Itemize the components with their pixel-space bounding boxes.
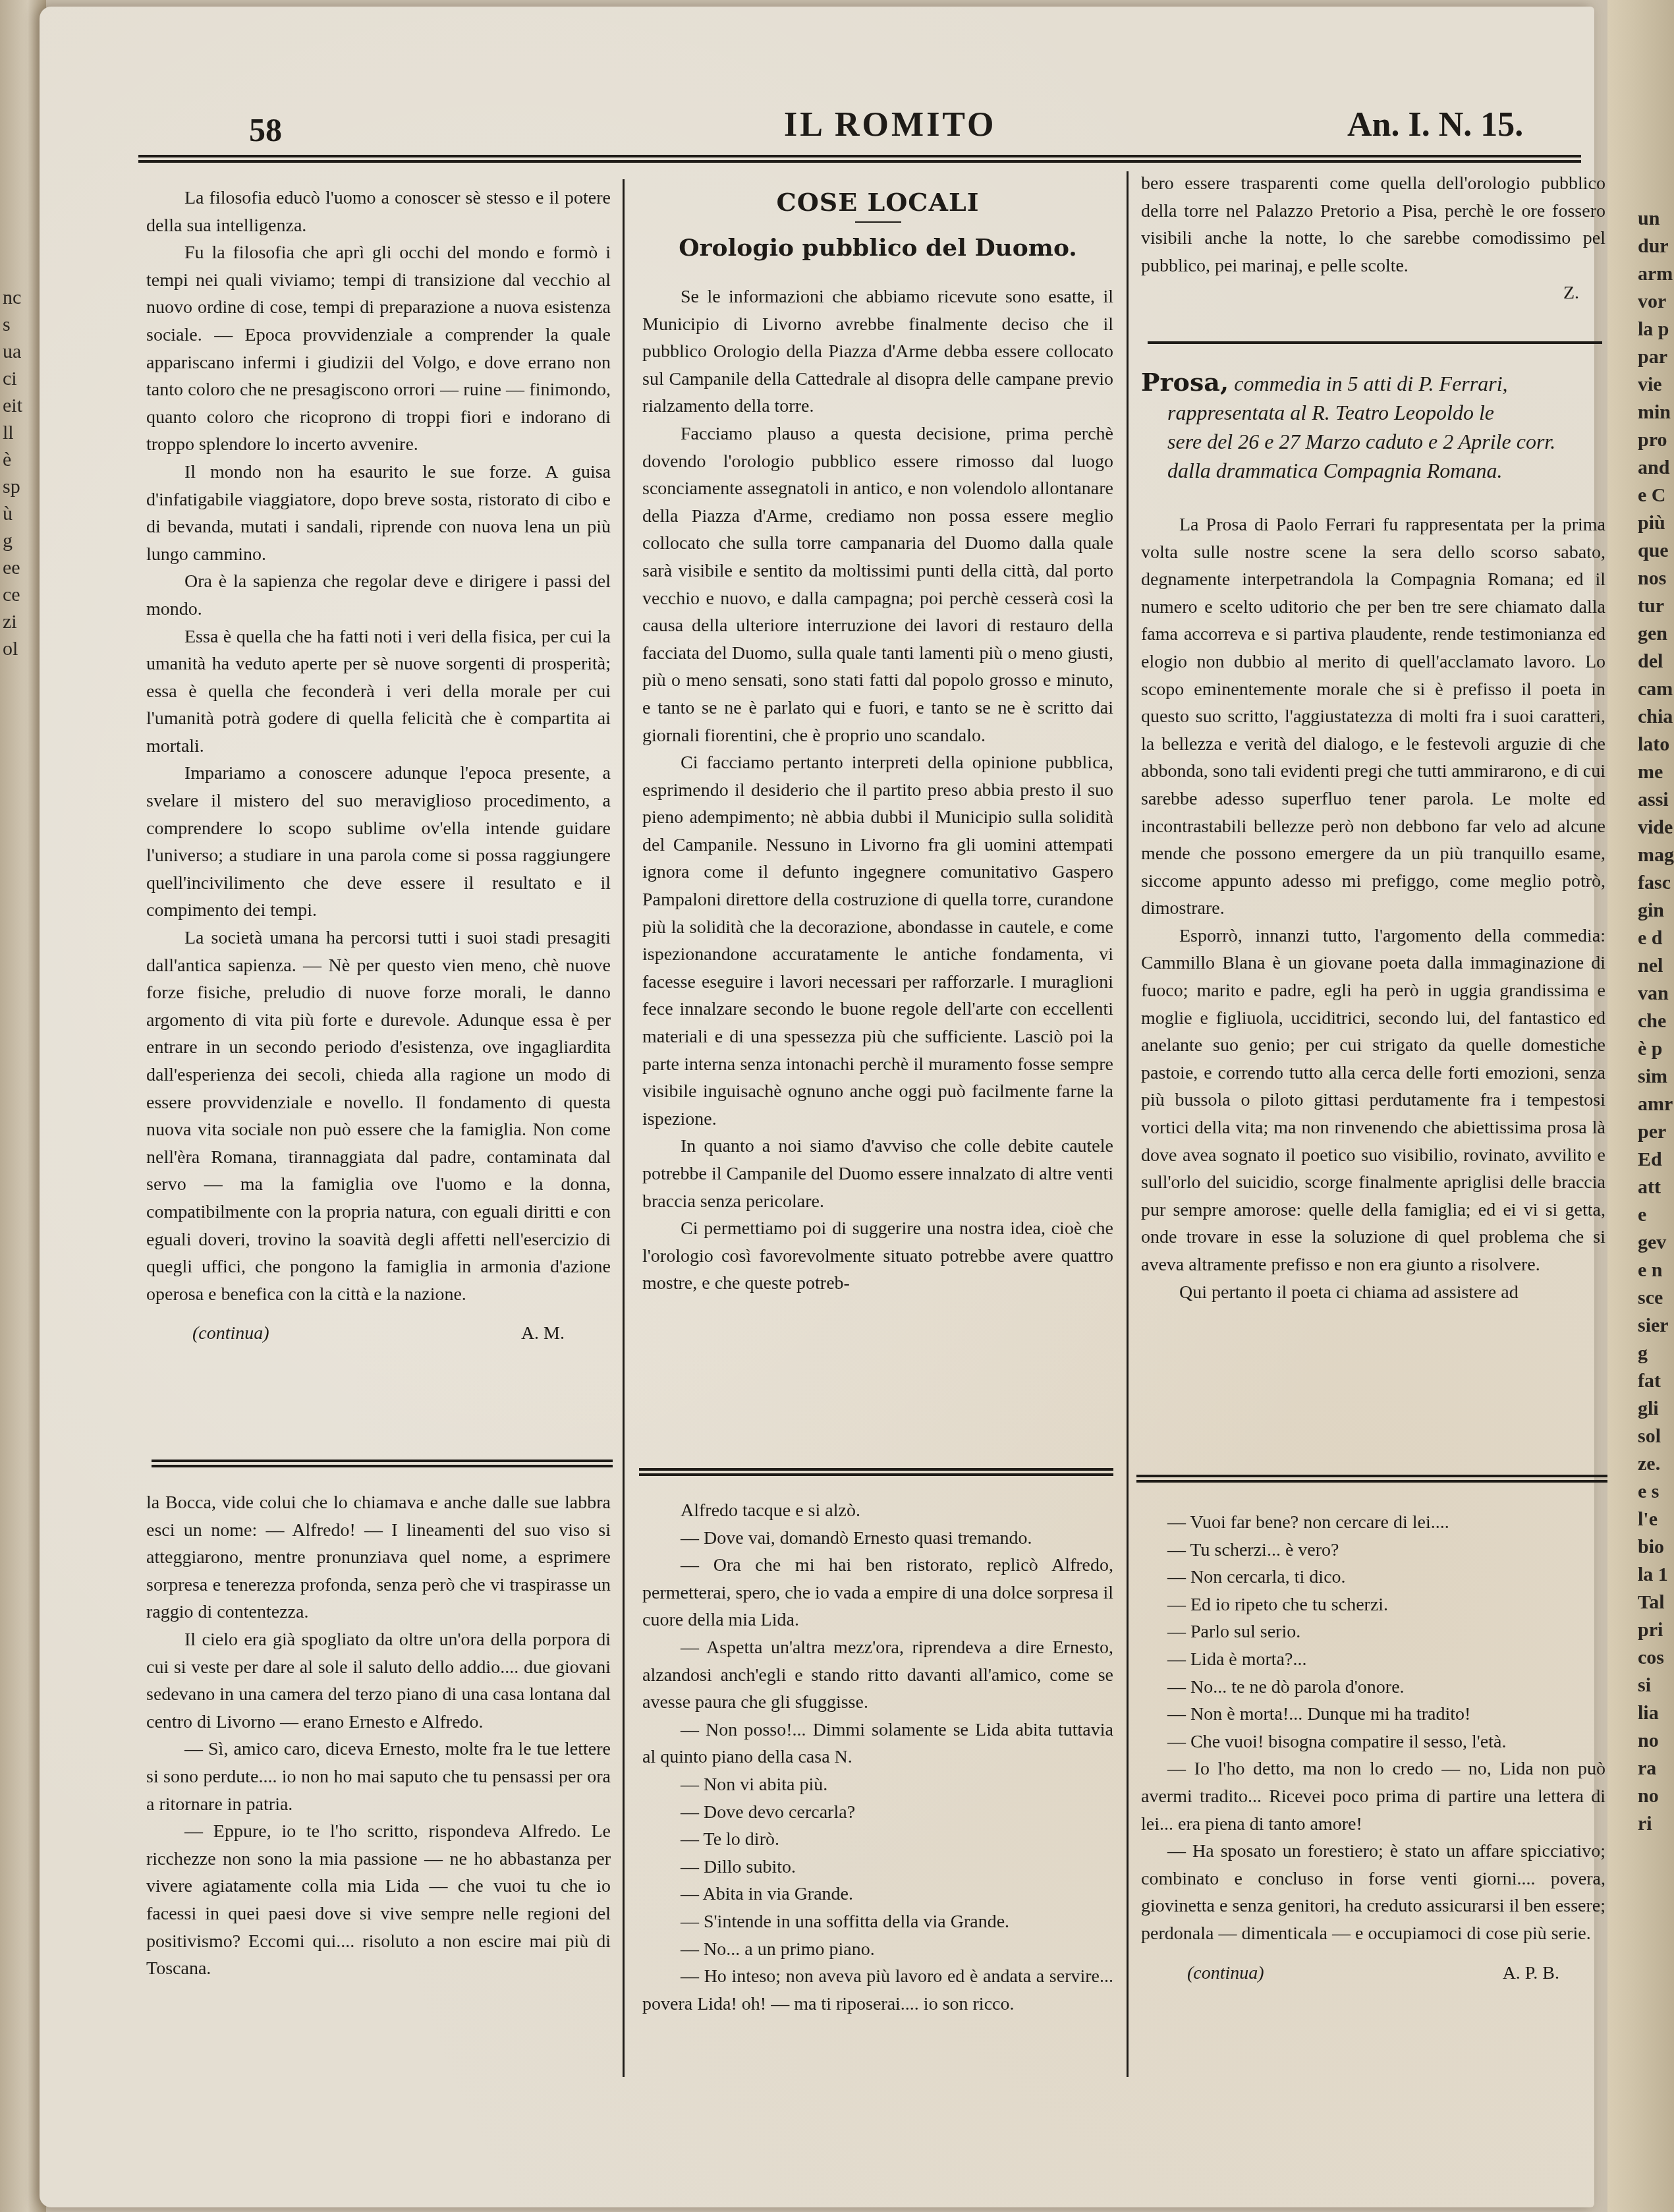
edge-text-fragment: sol xyxy=(1638,1422,1661,1451)
edge-text-fragment: per xyxy=(1638,1118,1666,1147)
paragraph: Ci facciamo pertanto interpreti della op… xyxy=(642,749,1113,1133)
masthead-rule xyxy=(138,155,1581,163)
edge-text-fragment: eit xyxy=(3,391,22,420)
edge-text-fragment: lato xyxy=(1638,730,1669,759)
edge-text-fragment: arm xyxy=(1638,260,1673,289)
edge-text-fragment: zi xyxy=(3,608,17,637)
dialogue-line: — Ora che mi hai ben ristorato, replicò … xyxy=(642,1552,1113,1634)
feuilleton-rule-right xyxy=(1136,1475,1607,1483)
article-footer: (continua) A. M. xyxy=(146,1320,611,1347)
dialogue-line: — Dove devo cercarla? xyxy=(642,1799,1113,1827)
column-divider xyxy=(623,179,625,2077)
paragraph: Se le informazioni che abbiamo ricevute … xyxy=(642,283,1113,420)
edge-text-fragment: del xyxy=(1638,647,1663,676)
feuilleton-right: — Vuoi far bene? non cercare di lei.... … xyxy=(1141,1509,1605,1987)
edge-text-fragment: vie xyxy=(1638,370,1662,399)
continua-label: (continua) xyxy=(192,1320,269,1347)
edge-text-fragment: Ed xyxy=(1638,1145,1662,1174)
review-subtitle-4: dalla drammatica Compagnia Romana. xyxy=(1141,456,1605,485)
review-title: Prosa, xyxy=(1141,367,1229,397)
edge-text-fragment: più xyxy=(1638,509,1665,538)
edge-text-fragment: pri xyxy=(1638,1616,1663,1645)
edge-text-fragment: ol xyxy=(3,635,18,664)
edge-text-fragment: ci xyxy=(3,364,17,393)
dialogue-line: — Abita in via Grande. xyxy=(642,1881,1113,1908)
edge-text-fragment: la p xyxy=(1638,315,1669,344)
paragraph: Ora è la sapienza che regolar deve e dir… xyxy=(146,568,611,623)
paragraph: la Bocca, vide colui che lo chiamava e a… xyxy=(146,1489,611,1626)
edge-text-fragment: si xyxy=(1638,1671,1651,1700)
paragraph: Esporrò, innanzi tutto, l'argomento dell… xyxy=(1141,922,1605,1279)
edge-text-fragment: no xyxy=(1638,1782,1659,1811)
edge-text-fragment: g xyxy=(1638,1339,1648,1368)
dialogue-line: — Che vuoi! bisogna compatire il sesso, … xyxy=(1141,1728,1605,1756)
paragraph: La filosofia educò l'uomo a conoscer sè … xyxy=(146,184,611,239)
feuilleton-left: la Bocca, vide colui che lo chiamava e a… xyxy=(146,1489,611,1983)
dialogue-line: — No... a un primo piano. xyxy=(642,1936,1113,1964)
edge-text-fragment: amr xyxy=(1638,1090,1673,1119)
edge-text-fragment: l'e xyxy=(1638,1505,1658,1534)
edge-text-fragment: van xyxy=(1638,979,1669,1008)
dialogue-line: — Ed io ripeto che tu scherzi. xyxy=(1141,1591,1605,1619)
edge-text-fragment: cam xyxy=(1638,675,1673,704)
paragraph: In quanto a noi siamo d'avviso che colle… xyxy=(642,1133,1113,1215)
section-title: COSE LOCALI xyxy=(642,186,1113,219)
edge-text-fragment: è p xyxy=(1638,1035,1663,1063)
paragraph: — Eppure, io te l'ho scritto, rispondeva… xyxy=(146,1818,611,1983)
edge-text-fragment: cos xyxy=(1638,1643,1664,1672)
edge-text-fragment: e n xyxy=(1638,1256,1663,1285)
edge-text-fragment: gin xyxy=(1638,896,1664,925)
edge-text-fragment: vide xyxy=(1638,813,1673,842)
article-title: Orologio pubblico del Duomo. xyxy=(642,229,1113,266)
edge-text-fragment: no xyxy=(1638,1726,1659,1755)
edge-text-fragment: nos xyxy=(1638,564,1666,593)
feuilleton-middle: Alfredo tacque e si alzò. — Dove vai, do… xyxy=(642,1497,1113,2018)
review-heading: Prosa, commedia in 5 atti di P. Ferrari,… xyxy=(1141,368,1605,485)
edge-text-fragment: nel xyxy=(1638,951,1663,980)
edge-text-fragment: dur xyxy=(1638,232,1669,261)
dialogue-line: — Dove vai, domandò Ernesto quasi treman… xyxy=(642,1525,1113,1552)
edge-text-fragment: gen xyxy=(1638,619,1667,648)
article-orologio: COSE LOCALI Orologio pubblico del Duomo.… xyxy=(642,186,1113,1297)
edge-text-fragment: Tal xyxy=(1638,1588,1665,1617)
edge-text-fragment: ri xyxy=(1638,1809,1652,1838)
edge-text-fragment: ll xyxy=(3,418,14,447)
feuilleton-footer: (continua) A. P. B. xyxy=(1141,1960,1605,1987)
edge-text-fragment: att xyxy=(1638,1173,1661,1202)
author-signature: A. P. B. xyxy=(1503,1960,1559,1987)
edge-text-fragment: chia xyxy=(1638,702,1673,731)
edge-text-fragment: ee xyxy=(3,553,20,582)
edge-text-fragment: un xyxy=(1638,204,1660,233)
review-subtitle-2: rappresentata al R. Teatro Leopoldo le xyxy=(1141,398,1605,427)
issue-number: An. I. N. 15. xyxy=(1347,105,1523,144)
dialogue-line: — Lida è morta?... xyxy=(1141,1646,1605,1674)
edge-text-fragment: vor xyxy=(1638,287,1666,316)
edge-text-fragment: par xyxy=(1638,343,1667,372)
edge-text-fragment: s xyxy=(3,310,11,339)
paragraph: La Prosa di Paolo Ferrari fu rappresenta… xyxy=(1141,511,1605,922)
paragraph: Ci permettiamo poi di suggerire una nost… xyxy=(642,1215,1113,1297)
paragraph: Qui pertanto il poeta ci chiama ad assis… xyxy=(1141,1279,1605,1307)
page-number: 58 xyxy=(249,111,282,149)
edge-text-fragment: sp xyxy=(3,472,20,501)
continuation-paragraph: bero essere trasparenti come quella dell… xyxy=(1141,170,1605,279)
edge-text-fragment: pro xyxy=(1638,426,1667,455)
paragraph: Essa è quella che ha fatti noti i veri d… xyxy=(146,623,611,760)
newspaper-page: 58 IL ROMITO An. I. N. 15. La filosofia … xyxy=(40,7,1594,2207)
edge-text-fragment: assi xyxy=(1638,785,1669,814)
edge-text-fragment: fat xyxy=(1638,1367,1661,1396)
edge-text-fragment: que xyxy=(1638,536,1669,565)
edge-text-fragment: ua xyxy=(3,337,21,366)
edge-text-fragment: sier xyxy=(1638,1311,1669,1340)
edge-text-fragment: e s xyxy=(1638,1477,1660,1506)
edge-text-fragment: mag xyxy=(1638,841,1674,870)
dialogue-line: — Ha sposato un forestiero; è stato un a… xyxy=(1141,1838,1605,1947)
continuation-signature: Z. xyxy=(1141,279,1605,307)
edge-text-fragment: ù xyxy=(3,499,13,528)
review-subtitle-3: sere del 26 e 27 Marzo caduto e 2 Aprile… xyxy=(1141,427,1605,456)
dialogue-line: — Parlo sul serio. xyxy=(1141,1618,1605,1646)
edge-text-fragment: la 1 xyxy=(1638,1560,1668,1589)
edge-text-fragment: ze. xyxy=(1638,1450,1660,1479)
dialogue-line: — Te lo dirò. xyxy=(642,1826,1113,1854)
dialogue-line: Alfredo tacque e si alzò. xyxy=(642,1497,1113,1525)
continua-label: (continua) xyxy=(1187,1960,1264,1987)
edge-text-fragment: nc xyxy=(3,283,21,312)
dialogue-line: — Io l'ho detto, ma non lo credo — no, L… xyxy=(1141,1755,1605,1838)
paragraph: Il cielo era già spogliato da oltre un'o… xyxy=(146,1626,611,1736)
paragraph: — Sì, amico caro, diceva Ernesto, molte … xyxy=(146,1736,611,1818)
column-divider xyxy=(1127,171,1129,2077)
edge-text-fragment: ra xyxy=(1638,1754,1656,1783)
edge-text-fragment: gev xyxy=(1638,1228,1666,1257)
paragraph: Il mondo non ha esaurito le sue forze. A… xyxy=(146,459,611,568)
dialogue-line: — Tu scherzi... è vero? xyxy=(1141,1537,1605,1564)
article-filosofia: La filosofia educò l'uomo a conoscer sè … xyxy=(146,184,611,1347)
edge-text-fragment: sim xyxy=(1638,1062,1667,1091)
dialogue-line: — Aspetta un'altra mezz'ora, riprendeva … xyxy=(642,1634,1113,1716)
edge-text-fragment: min xyxy=(1638,398,1671,427)
separator-dash xyxy=(855,221,901,223)
edge-text-fragment: sce xyxy=(1638,1284,1663,1313)
paragraph: La società umana ha percorsi tutti i suo… xyxy=(146,924,611,1308)
paragraph: Impariamo a conoscere adunque l'epoca pr… xyxy=(146,760,611,924)
feuilleton-rule-middle xyxy=(639,1468,1113,1476)
dialogue-line: — Vuoi far bene? non cercare di lei.... xyxy=(1141,1509,1605,1537)
edge-text-fragment: g xyxy=(3,526,13,555)
edge-text-fragment: tur xyxy=(1638,592,1664,621)
edge-text-fragment: ce xyxy=(3,581,20,610)
paragraph: Fu la filosofia che aprì gli occhi del m… xyxy=(146,239,611,459)
edge-text-fragment: e xyxy=(1638,1201,1646,1230)
edge-text-fragment: che xyxy=(1638,1007,1666,1036)
author-signature: A. M. xyxy=(521,1320,565,1347)
edge-text-fragment: è xyxy=(3,445,11,474)
edge-text-fragment: and xyxy=(1638,453,1669,482)
article-prosa: bero essere trasparenti come quella dell… xyxy=(1141,170,1605,1306)
edge-text-fragment: bio xyxy=(1638,1533,1664,1562)
dialogue-line: — Dillo subito. xyxy=(642,1854,1113,1881)
masthead: 58 IL ROMITO An. I. N. 15. xyxy=(40,105,1594,158)
edge-text-fragment: gli xyxy=(1638,1394,1659,1423)
paragraph: Facciamo plauso a questa decisione, prim… xyxy=(642,420,1113,749)
adjacent-page-right-edge: undurarmvorla pparvieminproande Cpiùquen… xyxy=(1607,0,1674,2212)
dialogue-line: — Non vi abita più. xyxy=(642,1771,1113,1799)
feuilleton-rule-left xyxy=(152,1460,613,1467)
dialogue-line: — S'intende in una soffitta della via Gr… xyxy=(642,1908,1113,1936)
dialogue-line: — Non posso!... Dimmi solamente se Lida … xyxy=(642,1716,1113,1771)
edge-text-fragment: e d xyxy=(1638,924,1663,953)
section-rule xyxy=(1148,341,1602,344)
dialogue-line: — Non è morta!... Dunque mi ha tradito! xyxy=(1141,1701,1605,1728)
dialogue-line: — No... te ne dò parola d'onore. xyxy=(1141,1674,1605,1701)
edge-text-fragment: e C xyxy=(1638,481,1665,510)
review-subtitle-1: commedia in 5 atti di P. Ferrari, xyxy=(1234,372,1507,395)
edge-text-fragment: me xyxy=(1638,758,1663,787)
newspaper-title: IL ROMITO xyxy=(784,105,997,144)
edge-text-fragment: lia xyxy=(1638,1699,1659,1728)
dialogue-line: — Non cercarla, ti dico. xyxy=(1141,1564,1605,1591)
edge-text-fragment: fasc xyxy=(1638,868,1671,897)
dialogue-line: — Ho inteso; non aveva più lavoro ed è a… xyxy=(642,1963,1113,2018)
